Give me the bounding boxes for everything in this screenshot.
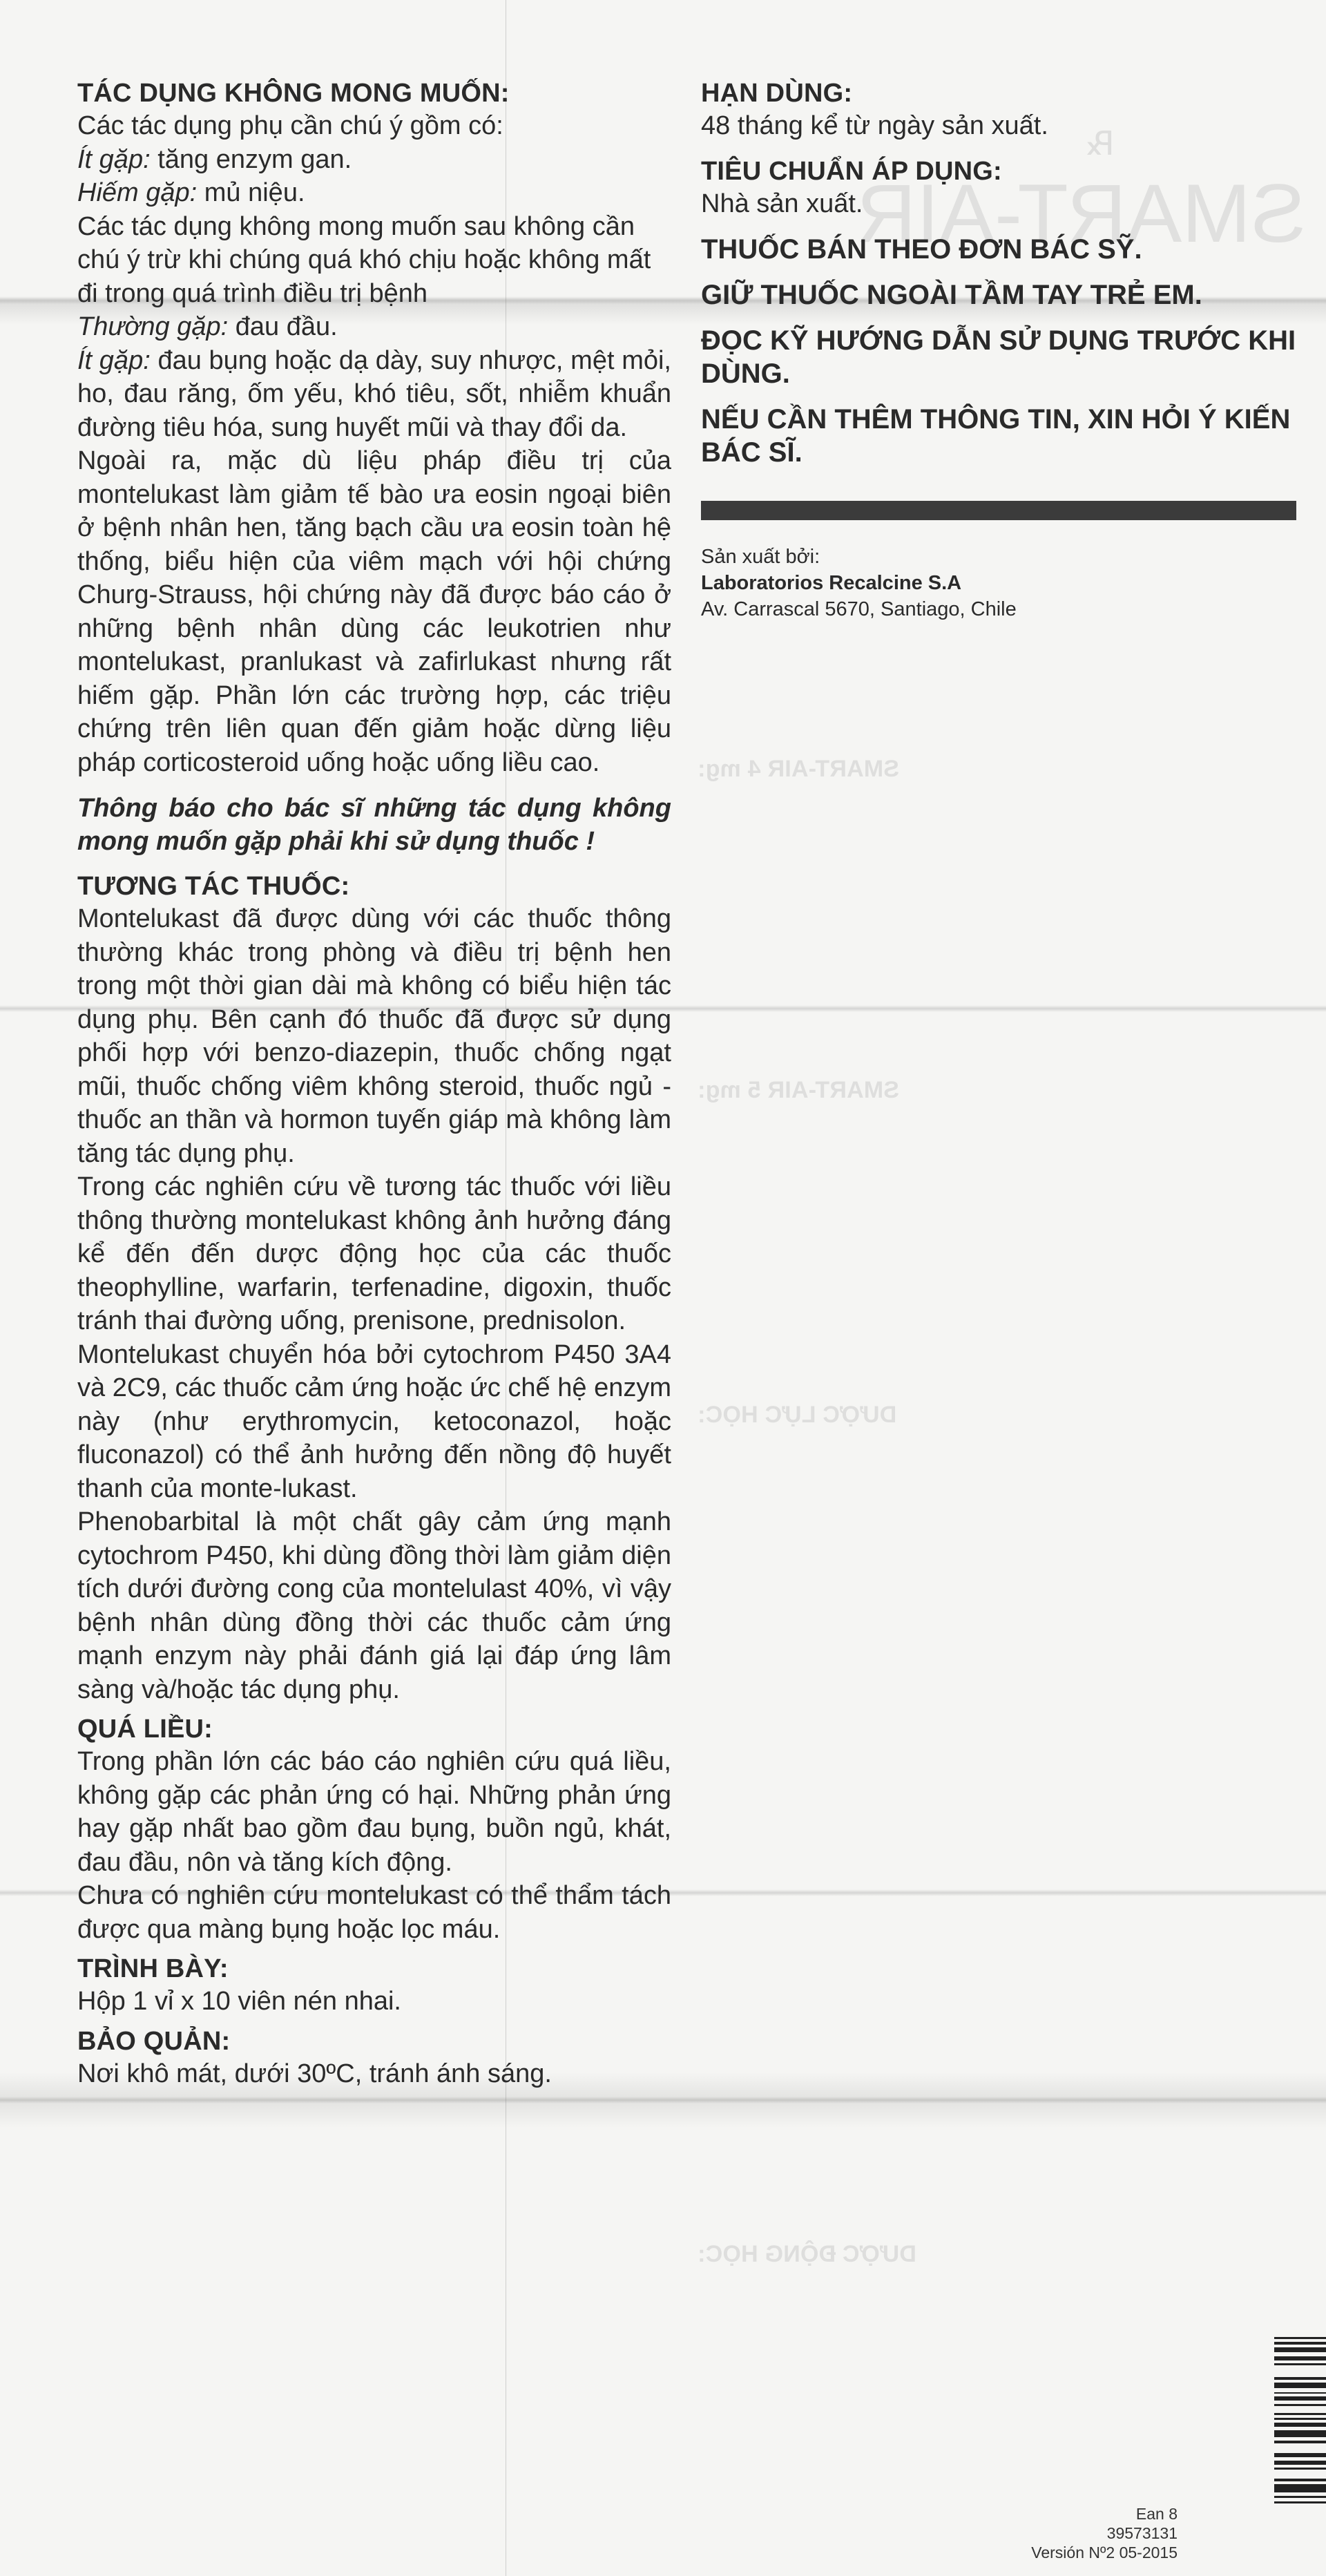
left-column: TÁC DỤNG KHÔNG MONG MUỐN: Các tác dụng p… <box>77 77 671 2090</box>
paragraph: Montelukast đã được dùng với các thuốc t… <box>77 902 671 1170</box>
paragraph: Trong các nghiên cứu về tương tác thuốc … <box>77 1170 671 1338</box>
barcode-type: Ean 8 <box>1031 2504 1178 2523</box>
frequency-text: đau đầu. <box>228 312 337 341</box>
manufacturer-label: Sản xuất bởi: <box>701 544 1302 570</box>
horizontal-fold-crease <box>0 2097 1326 2103</box>
frequency-item: Ít gặp: đau bụng hoặc dạ dày, suy nhược,… <box>77 344 671 445</box>
paragraph: Phenobarbital là một chất gây cảm ứng mạ… <box>77 1505 671 1706</box>
section-heading: QUÁ LIỀU: <box>77 1713 671 1745</box>
paragraph: Ngoài ra, mặc dù liệu pháp điều trị của … <box>77 444 671 779</box>
storage-section: BẢO QUẢN: Nơi khô mát, dưới 30ºC, tránh … <box>77 2025 671 2091</box>
frequency-item: Ít gặp: tăng enzym gan. <box>77 143 671 177</box>
section-heading: TƯƠNG TÁC THUỐC: <box>77 870 671 902</box>
frequency-label: Thường gặp: <box>77 312 228 341</box>
section-heading: HẠN DÙNG: <box>701 77 1302 109</box>
frequency-label: Ít gặp: <box>77 145 151 174</box>
frequency-item: Hiếm gặp: mủ niệu. <box>77 176 671 210</box>
right-column: HẠN DÙNG: 48 tháng kể từ ngày sản xuất. … <box>701 77 1302 622</box>
presentation-section: TRÌNH BÀY: Hộp 1 vỉ x 10 viên nén nhai. <box>77 1953 671 2019</box>
paragraph: Hộp 1 vỉ x 10 viên nén nhai. <box>77 1985 671 2019</box>
frequency-text: đau bụng hoặc dạ dày, suy nhược, mệt mỏi… <box>77 346 671 442</box>
section-heading: BẢO QUẢN: <box>77 2025 671 2057</box>
barcode-info: Ean 8 39573131 Versión Nº2 05-2015 <box>1031 2504 1178 2562</box>
paragraph: Chưa có nghiên cứu montelukast có thể th… <box>77 1879 671 1946</box>
barcode-icon <box>1274 2337 1326 2505</box>
children-warning: GIỮ THUỐC NGOÀI TẦM TAY TRẺ EM. <box>701 278 1302 312</box>
frequency-text: tăng enzym gan. <box>151 145 352 174</box>
section-heading: TÁC DỤNG KHÔNG MONG MUỐN: <box>77 77 671 109</box>
paragraph: 48 tháng kể từ ngày sản xuất. <box>701 109 1302 143</box>
paragraph: Nhà sản xuất. <box>701 187 1302 221</box>
prescription-warning: THUỐC BÁN THEO ĐƠN BÁC SỸ. <box>701 233 1302 266</box>
section-heading: TRÌNH BÀY: <box>77 1953 671 1985</box>
interactions-section: TƯƠNG TÁC THUỐC: Montelukast đã được dùn… <box>77 870 671 1706</box>
paragraph: Montelukast chuyển hóa bởi cytochrom P45… <box>77 1338 671 1506</box>
barcode-number: 39573131 <box>1031 2523 1178 2543</box>
paragraph: Các tác dụng phụ cần chú ý gồm có: <box>77 109 671 143</box>
manufacturer-block: Sản xuất bởi: Laboratorios Recalcine S.A… <box>701 544 1302 622</box>
frequency-text: mủ niệu. <box>197 178 305 207</box>
notice-text: Thông báo cho bác sĩ những tác dụng khôn… <box>77 792 671 858</box>
read-instructions-warning: ĐỌC KỸ HƯỚNG DẪN SỬ DỤNG TRƯỚC KHI DÙNG. <box>701 324 1302 390</box>
consult-doctor-warning: NẾU CẦN THÊM THÔNG TIN, XIN HỎI Ý KIẾN B… <box>701 403 1302 469</box>
frequency-label: Ít gặp: <box>77 346 151 375</box>
side-effects-section: TÁC DỤNG KHÔNG MONG MUỐN: Các tác dụng p… <box>77 77 671 858</box>
frequency-item: Thường gặp: đau đầu. <box>77 310 671 344</box>
standard-section: TIÊU CHUẨN ÁP DỤNG: Nhà sản xuất. <box>701 155 1302 221</box>
paragraph: Trong phần lớn các báo cáo nghiên cứu qu… <box>77 1745 671 1879</box>
version-label: Versión Nº2 05-2015 <box>1031 2543 1178 2562</box>
section-heading: TIÊU CHUẨN ÁP DỤNG: <box>701 155 1302 187</box>
frequency-label: Hiếm gặp: <box>77 178 197 207</box>
overdose-section: QUÁ LIỀU: Trong phần lớn các báo cáo ngh… <box>77 1713 671 1946</box>
manufacturer-address: Av. Carrascal 5670, Santiago, Chile <box>701 596 1302 622</box>
shelf-life-section: HẠN DÙNG: 48 tháng kể từ ngày sản xuất. <box>701 77 1302 143</box>
paragraph: Các tác dụng không mong muốn sau không c… <box>77 210 671 311</box>
manufacturer-name: Laboratorios Recalcine S.A <box>701 570 1302 596</box>
separator-bar <box>701 501 1296 520</box>
paragraph: Nơi khô mát, dưới 30ºC, tránh ánh sáng. <box>77 2057 671 2091</box>
